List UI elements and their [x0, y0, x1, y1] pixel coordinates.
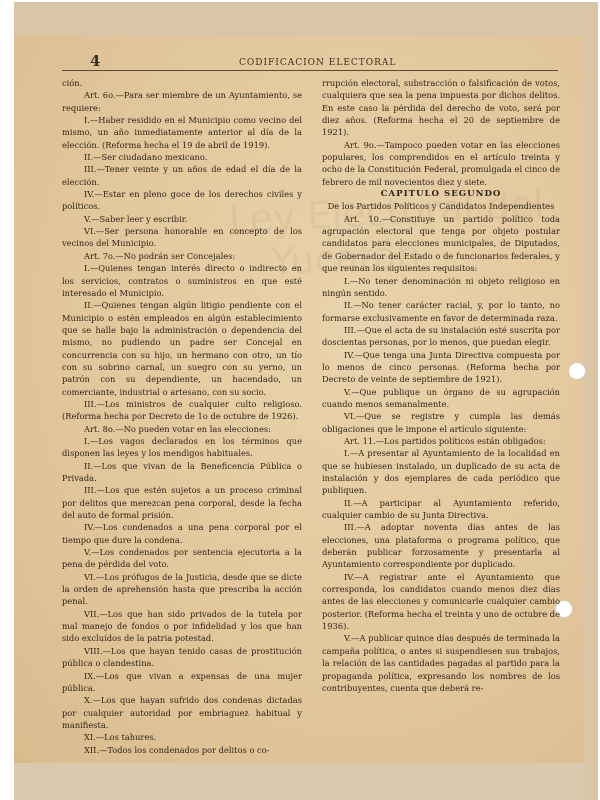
- paragraph: I.—Quienes tengan interés directo o indi…: [62, 262, 302, 299]
- paragraph: rrupción electoral, substracción o falsi…: [322, 77, 560, 139]
- paragraph: III.—Los ministros de cualquier culto re…: [62, 398, 302, 423]
- paragraph: XI.—Los tahures.: [62, 731, 302, 743]
- paragraph: V.—Los condenados por sentencia ejecutor…: [62, 546, 302, 571]
- paragraph: IV.—Que tenga una Junta Directiva compue…: [322, 349, 560, 386]
- chapter-subtitle: De los Partidos Políticos y Candidatos I…: [322, 200, 560, 212]
- paragraph: IV.—A registrar ante el Ayuntamiento que…: [322, 571, 560, 633]
- paragraph: III.—A adoptar noventa días antes de las…: [322, 521, 560, 570]
- paragraph: I.—No tener denominación ni objeto relig…: [322, 275, 560, 300]
- paragraph: VI.—Ser persona honorable en concepto de…: [62, 225, 302, 250]
- article-11: Art. 11.—Los partidos políticos están ob…: [322, 435, 560, 447]
- paragraph: IV.—Los condenados a una pena corporal p…: [62, 521, 302, 546]
- paragraph: VIII.—Los que hayan tenido casas de pros…: [62, 645, 302, 670]
- paragraph: I.—Haber residido en el Municipio como v…: [62, 114, 302, 151]
- paragraph: V.—Saber leer y escribir.: [62, 213, 302, 225]
- page-bottom-margin: [14, 763, 584, 800]
- paragraph: I.—A presentar al Ayuntamiento de la loc…: [322, 447, 560, 496]
- article-9: Art. 9o.—Tampoco pueden votar en las ele…: [322, 139, 560, 188]
- page-number: 4: [90, 52, 100, 70]
- chapter-title: CAPITULO SEGUNDO: [322, 188, 560, 200]
- paragraph: IX.—Los que vivan a expensas de una muje…: [62, 670, 302, 695]
- paragraph: II.—No tener carácter racial, y, por lo …: [322, 299, 560, 324]
- punch-hole-upper: [568, 362, 586, 380]
- article-8: Art. 8o.—No pueden votar en las eleccion…: [62, 423, 302, 435]
- paragraph: V.—Que publique un órgano de su agrupaci…: [322, 386, 560, 411]
- paragraph: III.—Tener veinte y un años de edad el d…: [62, 163, 302, 188]
- paragraph: VI.—Los prófugos de la Justicia, desde q…: [62, 571, 302, 608]
- paragraph: V.—A publicar quince días después de ter…: [322, 632, 560, 694]
- paragraph: XII.—Todos los condenados por delitos o …: [62, 744, 302, 756]
- paragraph: II.—Ser ciudadano mexicano.: [62, 151, 302, 163]
- paragraph: X.—Los que hayan sufrido dos condenas di…: [62, 694, 302, 731]
- paragraph: VI.—Que se registre y cumpla las demás o…: [322, 410, 560, 435]
- right-column: rrupción electoral, substracción o falsi…: [322, 77, 560, 694]
- paragraph: VII.—Los que han sido privados de la tut…: [62, 608, 302, 645]
- paragraph: IV.—Estar en pleno goce de los derechos …: [62, 188, 302, 213]
- paragraph: III.—Los que estén sujetos a un proceso …: [62, 484, 302, 521]
- paragraph: II.—A participar al Ayuntamiento referid…: [322, 497, 560, 522]
- page-header: 4 CODIFICACION ELECTORAL: [62, 52, 558, 71]
- paragraph: II.—Quienes tengan algún litigio pendien…: [62, 299, 302, 398]
- paragraph: II.—Los que vivan de la Beneficencia Púb…: [62, 460, 302, 485]
- article-7: Art. 7o.—No podrán ser Concejales:: [62, 250, 302, 262]
- article-6: Art. 6o.—Para ser miembre de un Ayuntami…: [62, 89, 302, 114]
- paragraph: ción.: [62, 77, 302, 89]
- running-title: CODIFICACION ELECTORAL: [239, 58, 396, 68]
- paragraph: I.—Los vagos declarados en los términos …: [62, 435, 302, 460]
- paragraph: III.—Que el acta de su instalación esté …: [322, 324, 560, 349]
- article-10: Art. 10.—Constituye un partido político …: [322, 213, 560, 275]
- left-column: ción. Art. 6o.—Para ser miembre de un Ay…: [62, 77, 302, 756]
